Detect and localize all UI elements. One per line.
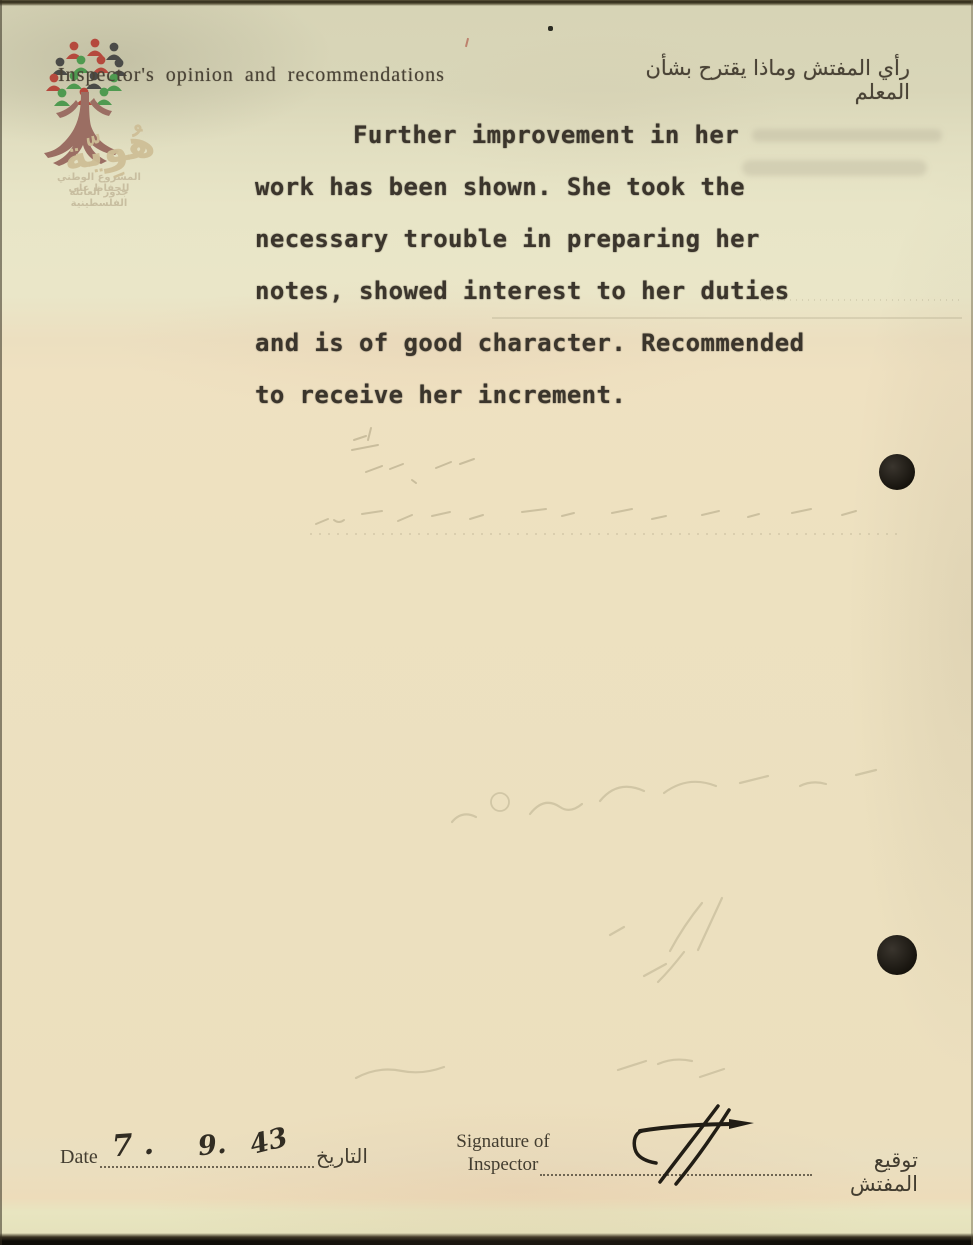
date-label-english: Date <box>60 1146 98 1169</box>
typed-line: Further improvement in her <box>255 118 855 170</box>
ghost-arabic-handwriting <box>356 770 876 1078</box>
watermark-tagline-2: جذور العائلة الفلسطينية <box>48 187 150 209</box>
header-title-english: Inspector's opinion and recommendations <box>58 64 445 87</box>
red-pen-tick <box>465 38 469 47</box>
punch-hole-bottom <box>877 935 917 975</box>
signature-arrow-tip <box>729 1119 754 1129</box>
ghost-pencil-digits <box>352 428 474 483</box>
typed-line: notes, showed interest to her duties <box>255 274 855 326</box>
ghost-handwriting-row <box>316 509 856 524</box>
punch-hole-top <box>879 454 915 490</box>
inspector-signature-scrawl <box>626 1096 776 1188</box>
scan-edge-left <box>0 0 2 1245</box>
scanned-document-page: هُوِيّة المشروع الوطني للحفاظ على جذور ا… <box>0 0 973 1245</box>
typed-report-paragraph: Further improvement in her work has been… <box>255 118 855 430</box>
typed-line: to receive her increment. <box>255 378 855 430</box>
date-label-arabic: التاريخ <box>316 1144 368 1168</box>
typed-line: work has been shown. She took the <box>255 170 855 222</box>
handwritten-date-day: 7 . <box>111 1127 155 1165</box>
signature-label-arabic: توقيع المفتش <box>808 1148 918 1196</box>
ink-speck <box>548 26 553 31</box>
handwritten-date-month: 9. <box>196 1129 227 1163</box>
typed-line: necessary trouble in preparing her <box>255 222 855 274</box>
archive-watermark-logo: هُوِيّة المشروع الوطني للحفاظ على جذور ا… <box>40 34 215 224</box>
typed-line: and is of good character. Recommended <box>255 326 855 378</box>
header-title-arabic: رأي المفتش وماذا يقترح بشأن المعلم <box>630 56 910 104</box>
